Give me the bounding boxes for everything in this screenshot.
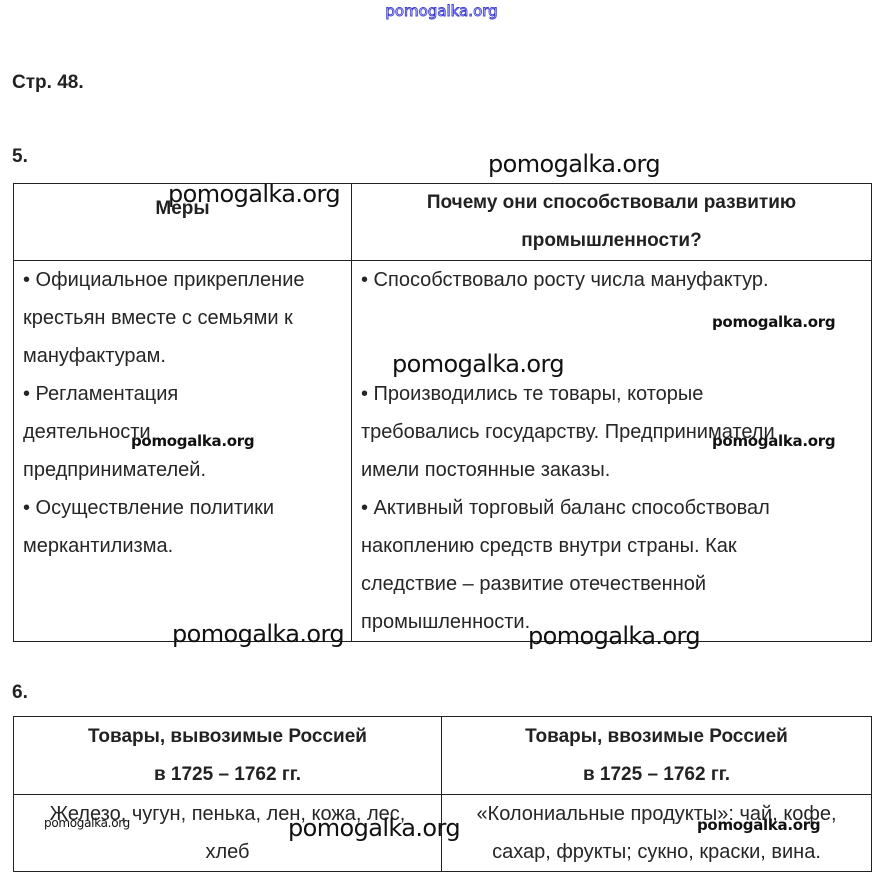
watermark: pomogalka.org <box>288 814 460 842</box>
watermark: pomogalka.org <box>172 620 344 648</box>
watermark: pomogalka.org <box>712 432 835 450</box>
watermark: pomogalka.org <box>168 180 340 208</box>
task-6-number: 6. <box>12 682 28 704</box>
watermark: pomogalka.org <box>528 622 700 650</box>
watermark: pomogalka.org <box>488 150 660 178</box>
watermark: pomogalka.org <box>712 313 835 331</box>
watermark: pomogalka.org <box>697 816 820 834</box>
measures-table-header: Меры Почему они способствовали развитию … <box>14 184 872 261</box>
watermark: pomogalka.org <box>44 816 130 830</box>
trade-table-header: Товары, вывозимые Россией в 1725 – 1762 … <box>14 717 872 795</box>
site-watermark-header: pomogalka.org <box>0 2 883 20</box>
watermark: pomogalka.org <box>131 432 254 450</box>
measures-cell: • Официальное прикрепление крестьян вмес… <box>14 261 352 642</box>
column-header-reasons: Почему они способствовали развитию промы… <box>352 184 872 261</box>
watermark: pomogalka.org <box>392 350 564 378</box>
measures-table: Меры Почему они способствовали развитию … <box>13 183 872 642</box>
task-5-number: 5. <box>12 146 28 168</box>
column-header-imports: Товары, ввозимые Россией в 1725 – 1762 г… <box>442 717 872 795</box>
page-label: Стр. 48. <box>12 72 84 94</box>
trade-goods-table: Товары, вывозимые Россией в 1725 – 1762 … <box>13 716 872 872</box>
column-header-exports: Товары, вывозимые Россией в 1725 – 1762 … <box>14 717 442 795</box>
